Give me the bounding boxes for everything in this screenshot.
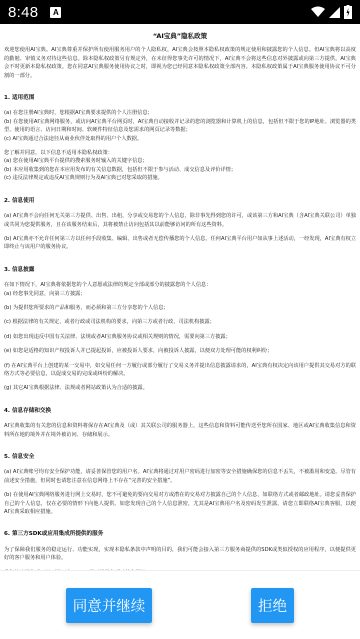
section-paragraph: (c) AI宝典通过合法途径从商业伙伴处取得的用户个人数据。 — [4, 135, 356, 143]
signal-icon — [329, 7, 340, 18]
policy-title: “AI宝典”隐私政策 — [4, 32, 356, 40]
section-paragraph: (a) AI宝典账号均有安全保护功能，请妥善保管您的用户名。AI宝典将通过对用户… — [4, 468, 356, 485]
privacy-policy-content[interactable]: “AI宝典”隐私政策 欢迎您使用AI宝典。AI宝典尊重并保护所有使用服务用户的个… — [0, 24, 360, 591]
section-paragraph: 在如下情况下，AI宝典将依据您的个人意愿或法律的规定全部或部分的披露您的个人信息… — [4, 281, 356, 289]
section-paragraph: (g) 其它AI宝典根据法律、法规或者网站政策认为合适的披露。 — [4, 384, 356, 392]
section-paragraph: (a) 您在使用AI宝典平台提供的搜索服务时输入的关键字信息； — [4, 157, 356, 165]
section-paragraph: (d) 如您出现违反中国有关法律、法规或者AI宝典服务协议或相关规则的情况，需要… — [4, 333, 356, 341]
section-paragraph: (c) 违反法律规定或违反AI宝典规则行为及AI宝典已对您采取的措施。 — [4, 174, 356, 182]
policy-intro: 欢迎您使用AI宝典。AI宝典尊重并保护所有使用服务用户的个人隐私权。AI宝典会按… — [4, 46, 356, 80]
section-paragraph: (e) 如您是适格的知识产权投诉人并已提起投诉，应被投诉人要求，向被投诉人披露，… — [4, 347, 356, 355]
section-paragraph: AI宝典收集的有关您的信息和资料将保存在AI宝典及（或）其关联公司的服务器上，这… — [4, 422, 356, 439]
section-title: 2. 信息使用 — [4, 197, 356, 205]
section-disclosure: 3. 信息披露 在如下情况下，AI宝典将依据您的个人意愿或法律的规定全部或部分的… — [4, 266, 356, 393]
section-paragraph: 为了保障我们服务的稳定运行、功能实现，实现本隐私条款中声明的目的，我们可能会接入… — [4, 546, 356, 563]
agree-continue-button[interactable]: 同意并继续 — [66, 588, 152, 623]
wifi-icon — [311, 6, 325, 18]
footer-actions: 同意并继续 拒绝 — [0, 571, 360, 639]
section-title: 3. 信息披露 — [4, 266, 356, 274]
section-paragraph: (b) 在您使用AI宝典网络服务，或访问AI宝典平台网页时，AI宝典自动接收并记… — [4, 118, 356, 135]
notification-a-icon: A — [50, 7, 61, 18]
status-time: 8:48 — [8, 4, 38, 21]
section-title: 6. 第三方SDK或应用集成所提供的服务 — [4, 530, 356, 538]
section-storage: 4. 信息存储和交换 AI宝典收集的有关您的信息和资料将保存在AI宝典及（或）其… — [4, 407, 356, 439]
section-paragraph: (a) AI宝典不会向任何无关第三方提供、出售、出租、分享或交易您的个人信息，除… — [4, 212, 356, 229]
section-title: 5. 信息安全 — [4, 453, 356, 461]
status-bar: 8:48 A — [0, 0, 360, 24]
section-title: 1. 适用范围 — [4, 94, 356, 102]
section-title: 4. 信息存储和交换 — [4, 407, 356, 415]
section-paragraph: (f) 在AI宝典平台上创建的某一交易中，如交易任何一方履行或部分履行了交易义务… — [4, 362, 356, 379]
reject-button[interactable]: 拒绝 — [251, 588, 294, 623]
section-security: 5. 信息安全 (a) AI宝典账号均有安全保护功能，请妥善保管您的用户名。AI… — [4, 453, 356, 516]
section-paragraph: (c) 根据法律的有关规定，或者行政或司法机构的要求，向第三方或者行政、司法机构… — [4, 318, 356, 326]
section-paragraph: 您了解并同意，以下信息不适用本隐私权政策： — [4, 149, 356, 157]
status-icons — [311, 5, 352, 19]
section-scope: 1. 适用范围 (a) 在您注册AI宝典时，您根据AI宝典要求提供的个人注册信息… — [4, 94, 356, 183]
section-paragraph: (a) 经您事先同意，向第三方披露； — [4, 290, 356, 298]
section-paragraph: (a) 在您注册AI宝典时，您根据AI宝典要求提供的个人注册信息； — [4, 109, 356, 117]
section-usage: 2. 信息使用 (a) AI宝典不会向任何无关第三方提供、出售、出租、分享或交易… — [4, 197, 356, 252]
section-paragraph: (b) 为提供您所要求的产品和服务，而必须和第三方分享您的个人信息； — [4, 304, 356, 312]
section-paragraph: (b) 在使用AI宝典网络服务进行网上交易时，您不可避免的要向交易对方或潜在的交… — [4, 491, 356, 516]
section-paragraph: (b) 本应用收集到的您在本应用发布的有关信息数据，包括但不限于参与活动、成交信… — [4, 166, 356, 174]
section-paragraph: (b) AI宝典亦不允许任何第三方以任何手段收集、编辑、出售或者无偿传播您的个人… — [4, 235, 356, 252]
battery-charging-icon — [344, 5, 352, 19]
